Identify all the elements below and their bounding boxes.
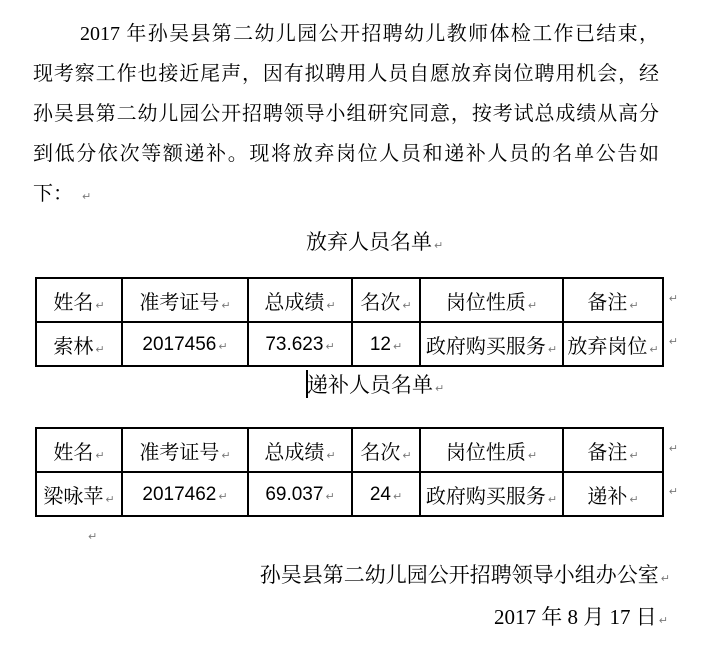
paragraph-text: 现考察工作也接近尾声，因有拟聘用人员自愿放弃岗位聘用机会，经	[33, 63, 659, 85]
header-text: 备注	[587, 292, 627, 314]
signature-text: 孙吴县第二幼儿园公开招聘领导小组办公室	[260, 563, 659, 587]
cell-rank[interactable]: 12↵	[352, 322, 420, 366]
cell-text: 梁咏苹	[43, 486, 103, 508]
section-title-text: 递补人员名单	[307, 373, 433, 397]
cell-text: 24	[370, 484, 391, 505]
cell-name[interactable]: 梁咏苹↵	[36, 472, 122, 516]
cell-post-type[interactable]: 政府购买服务↵	[420, 472, 563, 516]
header-text: 总成绩	[264, 292, 324, 314]
cell-mark-icon: ↵	[218, 490, 227, 503]
section-title-supplement-list[interactable]: 递补人员名单↵	[306, 370, 444, 400]
paragraph-mark-icon: ↵	[661, 572, 670, 585]
cell-mark-icon: ↵	[105, 493, 114, 506]
cell-ticket[interactable]: 2017456↵	[122, 322, 248, 366]
cell-mark-icon: ↵	[95, 343, 104, 356]
cell-mark-icon: ↵	[221, 299, 230, 312]
end-of-row-mark-icon: ↵	[669, 335, 678, 348]
header-cell-remark[interactable]: 备注↵	[563, 278, 663, 322]
header-text: 岗位性质	[446, 292, 526, 314]
empty-paragraph-mark-icon: ↵	[88, 530, 97, 543]
end-of-row-mark-icon: ↵	[669, 485, 678, 498]
cell-ticket[interactable]: 2017462↵	[122, 472, 248, 516]
header-cell-score[interactable]: 总成绩↵	[248, 278, 352, 322]
cell-text: 政府购买服务	[426, 486, 546, 508]
cell-remark[interactable]: 放弃岗位↵	[563, 322, 663, 366]
paragraph-mark-icon: ↵	[435, 382, 444, 395]
header-cell-name[interactable]: 姓名↵	[36, 428, 122, 472]
paragraph-text: 下：	[33, 183, 73, 205]
header-text: 备注	[587, 442, 627, 464]
cell-mark-icon: ↵	[548, 343, 557, 356]
cell-text: 2017462	[142, 484, 216, 505]
header-text: 名次	[360, 442, 400, 464]
cell-mark-icon: ↵	[649, 343, 658, 356]
cell-mark-icon: ↵	[325, 490, 334, 503]
cell-rank[interactable]: 24↵	[352, 472, 420, 516]
abandon-table: 姓名↵ 准考证号↵ 总成绩↵ 名次↵ 岗位性质↵ 备注↵ 索林↵ 2017456…	[35, 277, 664, 367]
cell-text: 放弃岗位	[567, 336, 647, 358]
header-text: 姓名	[53, 292, 93, 314]
header-cell-score[interactable]: 总成绩↵	[248, 428, 352, 472]
paragraph-line[interactable]: 到低分依次等额递补。现将放弃岗位人员和递补人员的名单公告如	[33, 134, 659, 174]
table-data-row: 索林↵ 2017456↵ 73.623↵ 12↵ 政府购买服务↵ 放弃岗位↵	[36, 322, 663, 366]
date-line[interactable]: 2017 年 8 月 17 日↵	[494, 602, 668, 632]
body-paragraph[interactable]: 2017 年孙吴县第二幼儿园公开招聘幼儿教师体检工作已结束， 现考察工作也接近尾…	[33, 14, 659, 214]
paragraph-text: 孙吴县第二幼儿园公开招聘领导小组研究同意，按考试总成绩从高分	[33, 103, 659, 125]
header-text: 岗位性质	[446, 442, 526, 464]
header-cell-remark[interactable]: 备注↵	[563, 428, 663, 472]
cell-mark-icon: ↵	[218, 340, 227, 353]
cell-text: 递补	[587, 486, 627, 508]
supplement-table-wrap: 姓名↵ 准考证号↵ 总成绩↵ 名次↵ 岗位性质↵ 备注↵ 梁咏苹↵ 201746…	[35, 427, 662, 517]
cell-mark-icon: ↵	[326, 449, 335, 462]
cell-mark-icon: ↵	[402, 299, 411, 312]
cell-mark-icon: ↵	[95, 299, 104, 312]
cell-post-type[interactable]: 政府购买服务↵	[420, 322, 563, 366]
header-cell-ticket[interactable]: 准考证号↵	[122, 278, 248, 322]
header-text: 名次	[360, 292, 400, 314]
cell-mark-icon: ↵	[629, 449, 638, 462]
header-cell-post-type[interactable]: 岗位性质↵	[420, 278, 563, 322]
header-cell-rank[interactable]: 名次↵	[352, 428, 420, 472]
paragraph-text: 到低分依次等额递补。现将放弃岗位人员和递补人员的名单公告如	[33, 143, 659, 165]
cell-score[interactable]: 73.623↵	[248, 322, 352, 366]
cell-mark-icon: ↵	[548, 493, 557, 506]
cell-mark-icon: ↵	[629, 493, 638, 506]
paragraph-mark-icon: ↵	[82, 190, 91, 203]
section-title-abandon-list[interactable]: 放弃人员名单↵	[306, 227, 443, 257]
paragraph-line[interactable]: 2017 年孙吴县第二幼儿园公开招聘幼儿教师体检工作已结束，	[33, 14, 659, 54]
cell-mark-icon: ↵	[95, 449, 104, 462]
cell-mark-icon: ↵	[221, 449, 230, 462]
cell-text: 12	[370, 334, 391, 355]
table-data-row: 梁咏苹↵ 2017462↵ 69.037↵ 24↵ 政府购买服务↵ 递补↵	[36, 472, 663, 516]
date-text: 2017 年 8 月 17 日	[494, 605, 657, 629]
cell-text: 2017456	[142, 334, 216, 355]
end-of-row-mark-icon: ↵	[669, 442, 678, 455]
table-header-row: 姓名↵ 准考证号↵ 总成绩↵ 名次↵ 岗位性质↵ 备注↵	[36, 428, 663, 472]
paragraph-mark-icon: ↵	[434, 239, 443, 252]
cell-name[interactable]: 索林↵	[36, 322, 122, 366]
cell-mark-icon: ↵	[528, 299, 537, 312]
header-cell-name[interactable]: 姓名↵	[36, 278, 122, 322]
section-title-text: 放弃人员名单	[306, 230, 432, 254]
header-text: 准考证号	[139, 292, 219, 314]
cell-mark-icon: ↵	[326, 299, 335, 312]
cell-mark-icon: ↵	[393, 490, 402, 503]
header-text: 准考证号	[139, 442, 219, 464]
cell-text: 政府购买服务	[426, 336, 546, 358]
paragraph-line[interactable]: 下：↵	[33, 174, 659, 214]
supplement-table: 姓名↵ 准考证号↵ 总成绩↵ 名次↵ 岗位性质↵ 备注↵ 梁咏苹↵ 201746…	[35, 427, 664, 517]
header-text: 总成绩	[264, 442, 324, 464]
abandon-table-wrap: 姓名↵ 准考证号↵ 总成绩↵ 名次↵ 岗位性质↵ 备注↵ 索林↵ 2017456…	[35, 277, 662, 367]
cell-text: 69.037	[265, 484, 323, 505]
cell-mark-icon: ↵	[629, 299, 638, 312]
paragraph-line[interactable]: 孙吴县第二幼儿园公开招聘领导小组研究同意，按考试总成绩从高分	[33, 94, 659, 134]
header-cell-rank[interactable]: 名次↵	[352, 278, 420, 322]
cell-remark[interactable]: 递补↵	[563, 472, 663, 516]
header-text: 姓名	[53, 442, 93, 464]
document-page[interactable]: 2017 年孙吴县第二幼儿园公开招聘幼儿教师体检工作已结束， 现考察工作也接近尾…	[0, 0, 702, 649]
header-cell-post-type[interactable]: 岗位性质↵	[420, 428, 563, 472]
table-header-row: 姓名↵ 准考证号↵ 总成绩↵ 名次↵ 岗位性质↵ 备注↵	[36, 278, 663, 322]
cell-mark-icon: ↵	[528, 449, 537, 462]
cell-text: 索林	[53, 336, 93, 358]
cell-mark-icon: ↵	[325, 340, 334, 353]
paragraph-mark-icon: ↵	[659, 614, 668, 627]
end-of-row-mark-icon: ↵	[669, 292, 678, 305]
header-cell-ticket[interactable]: 准考证号↵	[122, 428, 248, 472]
paragraph-text: 2017 年孙吴县第二幼儿园公开招聘幼儿教师体检工作已结束，	[80, 23, 659, 45]
signature-line[interactable]: 孙吴县第二幼儿园公开招聘领导小组办公室↵	[260, 560, 670, 590]
cell-mark-icon: ↵	[402, 449, 411, 462]
paragraph-line[interactable]: 现考察工作也接近尾声，因有拟聘用人员自愿放弃岗位聘用机会，经	[33, 54, 659, 94]
cell-score[interactable]: 69.037↵	[248, 472, 352, 516]
cell-mark-icon: ↵	[393, 340, 402, 353]
cell-text: 73.623	[265, 334, 323, 355]
